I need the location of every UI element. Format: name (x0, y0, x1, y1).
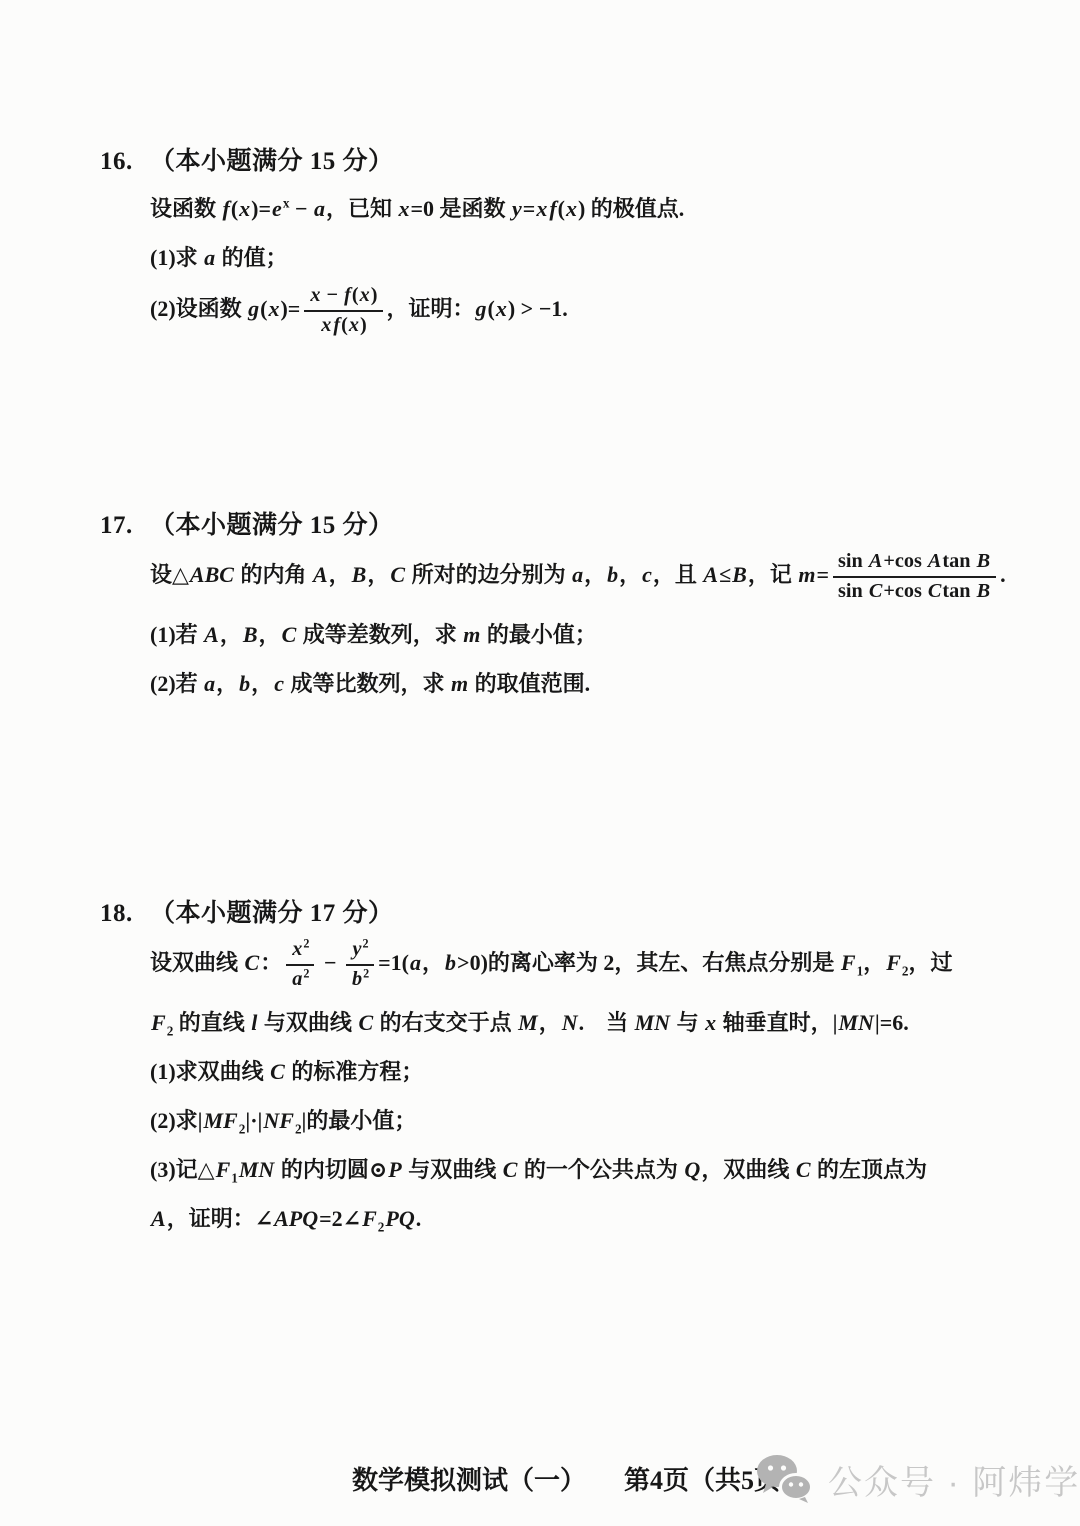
math-variable: b (351, 968, 363, 990)
math-variable: a (291, 968, 303, 990)
question-17-score: （本小题满分 15 分） (150, 512, 394, 539)
question-18-body: 设双曲线 C：x2a2 − y2b2=1(a，b>0)的离心率为 2，其左、右焦… (100, 938, 1030, 1237)
math-superscript: 2 (363, 936, 369, 950)
math-variable: A (702, 562, 719, 587)
math-variable: x (238, 196, 251, 221)
math-variable: B (976, 580, 992, 602)
math-superscript: x (283, 196, 290, 211)
math-variable: b (238, 671, 251, 696)
math-variable: a (409, 950, 422, 975)
math-variable: x (495, 296, 508, 321)
math-variable: Q (683, 1157, 701, 1182)
math-variable: N (561, 1010, 579, 1035)
math-variable: c (641, 562, 653, 587)
math-variable: C (868, 580, 884, 602)
math-variable: B (731, 562, 748, 587)
question-16-score: （本小题满分 15 分） (150, 148, 394, 175)
math-superscript: 2 (303, 936, 309, 950)
math-variable: F (215, 1157, 232, 1182)
math-variable: y (511, 196, 523, 221)
math-variable: F (361, 1206, 378, 1231)
math-variable: A (312, 562, 329, 587)
math-variable: b (444, 950, 457, 975)
math-variable: f (343, 284, 352, 306)
math-subscript: 2 (239, 1121, 246, 1136)
math-variable: C (927, 580, 943, 602)
question-18-line-3: (1)求双曲线 C 的标准方程； (150, 1053, 1030, 1090)
math-variable: PQ (384, 1206, 415, 1231)
question-18: 18.（本小题满分 17 分） 设双曲线 C：x2a2 − y2b2=1(a，b… (100, 898, 1030, 1237)
question-17: 17.（本小题满分 15 分） 设△ABC 的内角 A，B，C 所对的边分别为 … (100, 510, 1030, 702)
math-variable: MN (238, 1157, 275, 1182)
math-variable: x (359, 284, 371, 306)
math-fraction: y2b2 (346, 938, 374, 992)
question-17-number: 17. (100, 510, 150, 542)
math-variable: C (269, 1059, 286, 1084)
math-variable: MF (203, 1108, 239, 1133)
question-17-header: 17.（本小题满分 15 分） (100, 510, 1030, 542)
math-variable: C (795, 1157, 812, 1182)
math-variable: g (475, 296, 488, 321)
question-18-line-6: A，证明：∠APQ=2∠F2PQ. (150, 1200, 1030, 1237)
math-variable: x (348, 314, 360, 336)
math-variable: b (606, 562, 619, 587)
math-variable: f (548, 196, 557, 221)
math-variable: B (351, 562, 368, 587)
math-variable: APQ (273, 1206, 319, 1231)
question-18-line-2: F2 的直线 l 与双曲线 C 的右支交于点 M，N. 当 MN 与 x 轴垂直… (150, 1004, 1030, 1041)
math-variable: x (535, 196, 548, 221)
math-variable: P (387, 1157, 402, 1182)
question-16-header: 16.（本小题满分 15 分） (100, 146, 1030, 178)
math-variable: a (203, 671, 216, 696)
math-variable: A (927, 550, 943, 572)
footer-text: 数学模拟测试（一）第4页（共5页） (352, 1460, 806, 1497)
math-variable: m (797, 562, 816, 587)
math-variable: C (389, 562, 406, 587)
question-18-score: （本小题满分 17 分） (150, 900, 394, 927)
math-superscript: 2 (303, 966, 309, 980)
math-variable: e (271, 196, 283, 221)
watermark: 公众号 · 阿炜学长 (756, 1454, 1080, 1504)
math-variable: a (313, 196, 326, 221)
math-variable: C (502, 1157, 519, 1182)
math-variable: x (397, 196, 410, 221)
math-variable: NF (262, 1108, 295, 1133)
question-17-line-2: (1)若 A，B，C 成等差数列，求 m 的最小值； (150, 616, 1030, 653)
math-variable: l (250, 1010, 258, 1035)
math-variable: x (565, 196, 578, 221)
math-subscript: 1 (231, 1170, 238, 1185)
math-variable: x (309, 284, 321, 306)
math-variable: x (267, 296, 280, 321)
math-superscript: 2 (363, 966, 369, 980)
question-16: 16.（本小题满分 15 分） 设函数 f(x)=ex − a，已知 x=0 是… (100, 146, 1030, 338)
math-variable: c (273, 671, 285, 696)
exam-page: 16.（本小题满分 15 分） 设函数 f(x)=ex − a，已知 x=0 是… (0, 0, 1080, 1526)
question-16-number: 16. (100, 146, 150, 178)
math-variable: F (840, 950, 857, 975)
math-variable: x (704, 1010, 717, 1035)
math-subscript: 2 (167, 1023, 174, 1038)
watermark-text: 公众号 · 阿炜学长 (828, 1455, 1080, 1504)
question-17-body: 设△ABC 的内角 A，B，C 所对的边分别为 a，b，c，且 A≤B，记 m=… (100, 550, 1030, 702)
math-variable: C (357, 1010, 374, 1035)
question-18-line-1: 设双曲线 C：x2a2 − y2b2=1(a，b>0)的离心率为 2，其左、右焦… (150, 938, 1030, 992)
math-variable: M (517, 1010, 539, 1035)
math-subscript: 2 (902, 963, 909, 978)
page-footer: 数学模拟测试（一）第4页（共5页） 公众号 · 阿炜学长 (0, 1448, 1080, 1518)
question-18-header: 18.（本小题满分 17 分） (100, 898, 1030, 930)
math-variable: MN (634, 1010, 671, 1035)
math-fraction: x2a2 (286, 938, 314, 992)
math-variable: B (242, 622, 259, 647)
math-variable: f (222, 196, 231, 221)
question-17-line-3: (2)若 a，b，c 成等比数列，求 m 的取值范围. (150, 665, 1030, 702)
question-18-number: 18. (100, 898, 150, 930)
question-16-line-2: (1)求 a 的值； (150, 239, 1030, 276)
math-variable: y (352, 938, 363, 960)
math-variable: x (291, 938, 303, 960)
math-subscript: 1 (857, 963, 864, 978)
math-variable: a (571, 562, 584, 587)
question-17-line-1: 设△ABC 的内角 A，B，C 所对的边分别为 a，b，c，且 A≤B，记 m=… (150, 550, 1030, 604)
math-variable: a (203, 245, 216, 270)
math-variable: A (150, 1206, 167, 1231)
math-variable: A (868, 550, 884, 572)
question-18-line-5: (3)记△F1MN 的内切圆⊙P 与双曲线 C 的一个公共点为 Q，双曲线 C … (150, 1151, 1030, 1188)
math-variable: B (976, 550, 992, 572)
math-variable: C (244, 950, 261, 975)
math-variable: f (332, 314, 341, 336)
question-16-body: 设函数 f(x)=ex − a，已知 x=0 是函数 y=xf(x) 的极值点.… (100, 190, 1030, 338)
math-variable: ABC (189, 562, 235, 587)
question-16-line-1: 设函数 f(x)=ex − a，已知 x=0 是函数 y=xf(x) 的极值点. (150, 190, 1030, 227)
math-fraction: x − f(x)xf(x) (304, 284, 382, 338)
question-16-line-3: (2)设函数 g(x)=x − f(x)xf(x)，证明：g(x) > −1. (150, 284, 1030, 338)
math-subscript: 2 (295, 1121, 302, 1136)
math-variable: C (281, 622, 298, 647)
math-fraction: sin A+cos Atan Bsin C+cos Ctan B (833, 550, 996, 604)
math-variable: F (150, 1010, 167, 1035)
math-variable: g (247, 296, 260, 321)
math-variable: x (320, 314, 332, 336)
math-variable: F (885, 950, 902, 975)
math-variable: MN (837, 1010, 874, 1035)
wechat-icon (756, 1454, 814, 1504)
math-variable: A (203, 622, 220, 647)
math-variable: m (462, 622, 481, 647)
math-variable: m (450, 671, 469, 696)
footer-exam-title: 数学模拟测试（一） (352, 1466, 586, 1495)
question-18-line-4: (2)求|MF2|·|NF2|的最小值； (150, 1102, 1030, 1139)
